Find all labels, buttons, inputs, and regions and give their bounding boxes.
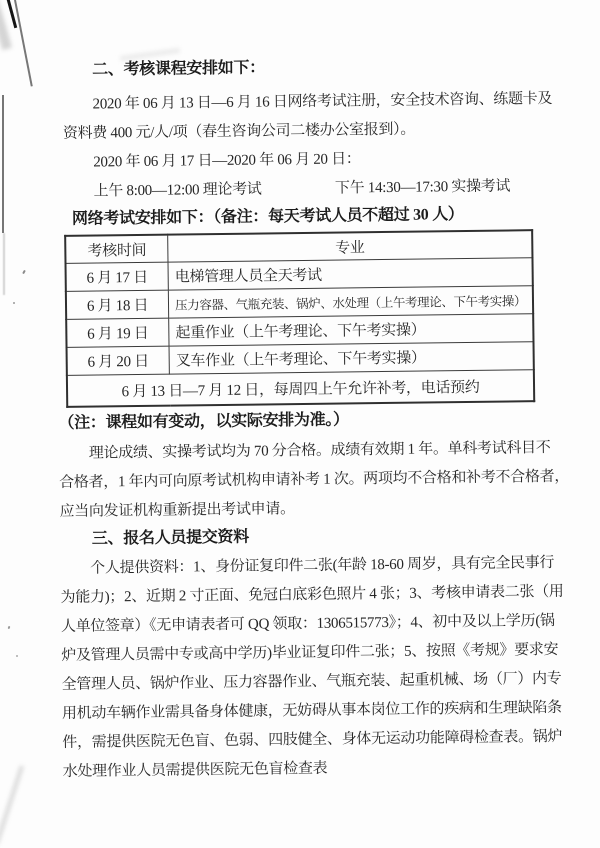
schedule-note: （注：课程如有变动，以实际安排为准。） (58, 407, 544, 435)
scan-corner-edge-line (6, 0, 17, 28)
scan-left-edge-line (2, 95, 4, 233)
section-3-heading: 三、报名人员提交资料 (60, 523, 546, 551)
exam-date-cell: 6 月 17 日 (66, 262, 169, 291)
scan-corner-shadow-artifact (0, 0, 12, 50)
paragraph-line: 件，需提供医院无色盲、色弱、四肢健全、身体无运动功能障碍检查表。锅炉 (62, 723, 548, 758)
exam-date-cell: 6 月 19 日 (66, 318, 169, 347)
section-2-heading: 二、考核课程安排如下： (62, 54, 540, 82)
scan-speck (13, 302, 15, 304)
scan-bottom-left-streak (0, 765, 24, 844)
morning-session-text: 上午 8:00—12:00 理论考试 (94, 181, 262, 199)
exam-schedule-table: 考核时间 专业 6 月 17 日 电梯管理人员全天考试 6 月 18 日 压力容… (64, 229, 535, 408)
scan-speck (16, 655, 18, 657)
scan-speck (8, 626, 11, 630)
paragraph-line: 2020 年 06 月 13 日—6 月 16 日网络考试注册，安全技术咨询、练… (62, 85, 540, 120)
document-content: 二、考核课程安排如下： 2020 年 06 月 13 日—6 月 16 日网络考… (62, 54, 549, 787)
paragraph-line: 应当向发证机构重新提出考试申请。 (59, 492, 545, 527)
subject-cell: 压力容器、气瓶充装、锅炉、水处理（上午考理论、下午考实操） (168, 286, 533, 318)
subject-cell: 起重作业（上午考理论、下午考实操） (169, 314, 534, 346)
paragraph-line: 合格者，1 年内可向原考试机构申请补考 1 次。两项均不合格和补考不合格者， (59, 463, 545, 498)
scanned-document-page: 二、考核课程安排如下： 2020 年 06 月 13 日—6 月 16 日网络考… (0, 0, 600, 848)
scan-left-edge-line-faint (3, 233, 5, 295)
scan-speck (22, 270, 26, 274)
exam-date-cell: 6 月 18 日 (66, 290, 169, 319)
exam-sessions-line: 上午 8:00—12:00 理论考试 下午 14:30—17:30 实操考试 (63, 172, 541, 207)
subject-cell: 叉车作业（上午考理论、下午考实操） (169, 342, 534, 374)
subject-cell: 电梯管理人员全天考试 (168, 258, 533, 290)
makeup-exam-cell: 6 月 13 日—7 月 12 日，每周四上午允许补考，电话预约 (67, 370, 534, 407)
scan-corner-edge-line-thin (14, 0, 32, 87)
schedule-table-caption: 网络考试安排如下：（备注：每天考试人员不超过 30 人） (64, 203, 542, 231)
afternoon-session-text: 下午 14:30—17:30 实操考试 (335, 178, 510, 196)
registration-paragraph: 2020 年 06 月 13 日—6 月 16 日网络考试注册，安全技术咨询、练… (62, 85, 541, 149)
column-header-exam-time: 考核时间 (65, 235, 168, 264)
paragraph-line: 水处理作业人员需提供医院无色盲检查表 (63, 752, 549, 787)
scoring-paragraph: 理论成绩、实操考试均为 70 分合格。成绩有效期 1 年。单科考试科目不 合格者… (59, 434, 546, 527)
table-footer-row: 6 月 13 日—7 月 12 日，每周四上午允许补考，电话预约 (67, 370, 534, 407)
materials-paragraph: 个人提供资料：1、身份证复印件二张(年龄 18-60 周岁，具有完全民事行 为能… (60, 549, 549, 787)
exam-date-cell: 6 月 20 日 (67, 346, 170, 375)
